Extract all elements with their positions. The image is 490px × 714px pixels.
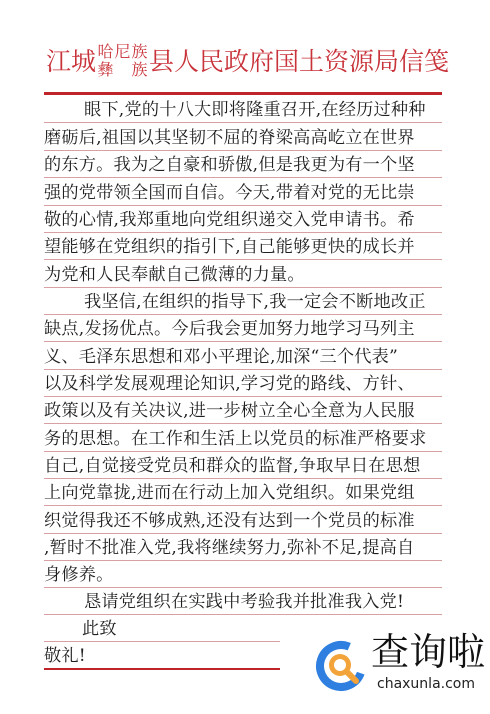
letterhead-stack-bottom: 彝 族: [97, 61, 148, 79]
watermark-title: 查询啦: [371, 630, 485, 674]
ruled-line: [44, 314, 442, 315]
letter-line: 务的思想。在工作和生活上以党员的标准严格要求: [44, 427, 442, 451]
stack-char: 尼: [114, 43, 131, 61]
watermark: 查询啦 chaxunla.com: [315, 630, 487, 702]
letter-line: 身修养。: [44, 563, 442, 587]
ruled-line: [44, 122, 442, 123]
ruled-line: [44, 505, 442, 506]
ruled-line: [44, 150, 442, 151]
letter-line: 为党和人民奉献自己微薄的力量。: [44, 263, 442, 287]
ruled-line: [44, 533, 442, 534]
stack-char: 族: [131, 43, 148, 61]
ruled-line: [44, 478, 442, 479]
stack-char: 哈: [97, 43, 114, 61]
ruled-line-final: [44, 668, 280, 670]
stack-char: 彝: [97, 61, 114, 79]
letter-line: 强的党带领全国而自信。今天,带着对党的无比崇: [44, 181, 442, 205]
letter-line: 磨砺后,祖国以其坚韧不屈的脊梁高高屹立在世界: [44, 126, 442, 150]
letter-line: 自己,自觉接受党员和群众的监督,争取早日在思想: [44, 454, 442, 478]
ruled-line: [44, 369, 442, 370]
ruled-line: [44, 396, 442, 397]
letter-line: 义、毛泽东思想和邓小平理论,加深“三个代表”: [44, 345, 442, 369]
ruled-line: [44, 423, 442, 424]
letter-line: 敬的心情,我郑重地向党组织递交入党申请书。希: [44, 208, 442, 232]
letterhead-suffix: 县人民政府国土资源局信笺: [149, 49, 449, 74]
letter-closing: 恳请党组织在实践中考验我并批准我入党!: [44, 590, 442, 614]
letterhead-stack-top: 哈 尼 族: [97, 43, 148, 61]
letter-line: 以及科学发展观理论知识,学习党的路线、方针、: [44, 372, 442, 396]
ruled-line: [44, 232, 442, 233]
letter-line: 眼下,党的十八大即将隆重召开,在经历过种种: [44, 98, 442, 122]
letterhead: 江城 哈 尼 族 彝 族 县人民政府国土资源局信笺: [46, 36, 449, 86]
letterhead-ethnic-stack: 哈 尼 族 彝 族: [97, 43, 148, 79]
watermark-url: chaxunla.com: [377, 676, 475, 692]
letter-line: 望能够在党组织的指引下,自己能够更快的成长并: [44, 235, 442, 259]
ruled-line: [44, 614, 442, 615]
letter-line: 上向党靠拢,进而在行动上加入党组织。如果党组: [44, 481, 442, 505]
letter-line: 织觉得我还不够成熟,还没有达到一个党员的标准: [44, 509, 442, 533]
letter-line: 缺点,发扬优点。今后我会更加努力地学习马列主: [44, 317, 442, 341]
search-magnifier-logo-icon: [315, 640, 367, 692]
letter-line: ,暂时不批准入党,我将继续努力,弥补不足,提高自: [44, 536, 442, 560]
ruled-line: [44, 177, 442, 178]
ruled-line: [44, 587, 442, 588]
letterhead-rule: [44, 92, 442, 95]
ruled-line: [44, 641, 280, 642]
stack-char: [114, 61, 131, 79]
stack-char: 族: [131, 61, 148, 79]
letterhead-prefix: 江城: [46, 49, 96, 74]
ruled-line: [44, 259, 442, 260]
ruled-line: [44, 287, 442, 288]
ruled-line: [44, 451, 442, 452]
ruled-line: [44, 205, 442, 206]
ruled-line: [44, 341, 442, 342]
ruled-line: [44, 560, 442, 561]
letter-line: 我坚信,在组织的指导下,我一定会不断地改正: [44, 290, 442, 314]
letter-line: 的东方。我为之自豪和骄傲,但是我更为有一个坚: [44, 153, 442, 177]
letter-line: 政策以及有关决议,进一步树立全心全意为人民服: [44, 399, 442, 423]
